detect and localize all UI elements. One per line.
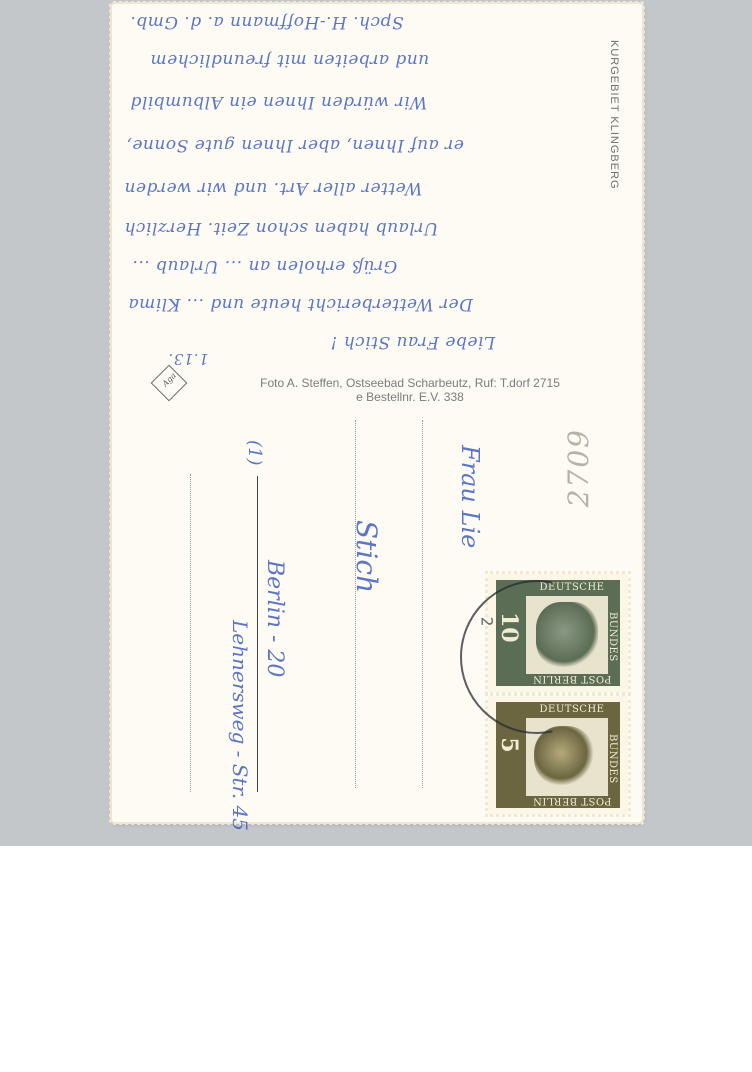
handwritten-line: Spch. H.-Hoffmann a. d. Gmb. [130, 12, 404, 32]
address-rule [257, 476, 258, 792]
publisher-imprint: Foto A. Steffen, Ostseebad Scharbeutz, R… [200, 376, 620, 404]
pencil-notation: 2709 [562, 428, 595, 507]
address-street: Lehnersweg - Str. 45 [228, 620, 252, 831]
publisher-line: e Bestellnr. E.V. 338 [200, 390, 620, 404]
publisher-line: Foto A. Steffen, Ostseebad Scharbeutz, R… [200, 376, 620, 390]
handwritten-line: Wetter aller Art. und wir werden [124, 178, 422, 198]
postmark-text: 2 [477, 617, 496, 627]
handwritten-date: 1.13. [168, 350, 209, 368]
handwritten-line: Liebe Frau Stich ! [330, 332, 495, 352]
stamp-value: 5 [496, 734, 522, 756]
address-rule [355, 420, 356, 788]
handwritten-line: und arbeiten mit freundlichem [150, 50, 429, 70]
address-salutation: Frau Lie [456, 445, 484, 548]
handwritten-line: Urlaub haben schon Zeit. Herzlich [124, 218, 438, 238]
address-rule [422, 420, 423, 788]
address-line-number: (1) [244, 440, 265, 466]
address-city: Berlin - 20 [262, 560, 287, 677]
handwritten-line: Der Wetterbericht heute und ... Klima [128, 294, 473, 314]
printed-location-label: KURGEBIET KLINGBERG [608, 40, 620, 190]
handwritten-line: Wir würden Ihnen ein Albumbild [130, 92, 427, 112]
address-name: Stich [350, 520, 383, 593]
handwritten-line: Grüß erholen an ... Urlaub ... [132, 256, 397, 276]
handwritten-line: er auf Ihnen, aber Ihnen gute Sonne, [126, 135, 464, 155]
address-rule [190, 474, 191, 792]
